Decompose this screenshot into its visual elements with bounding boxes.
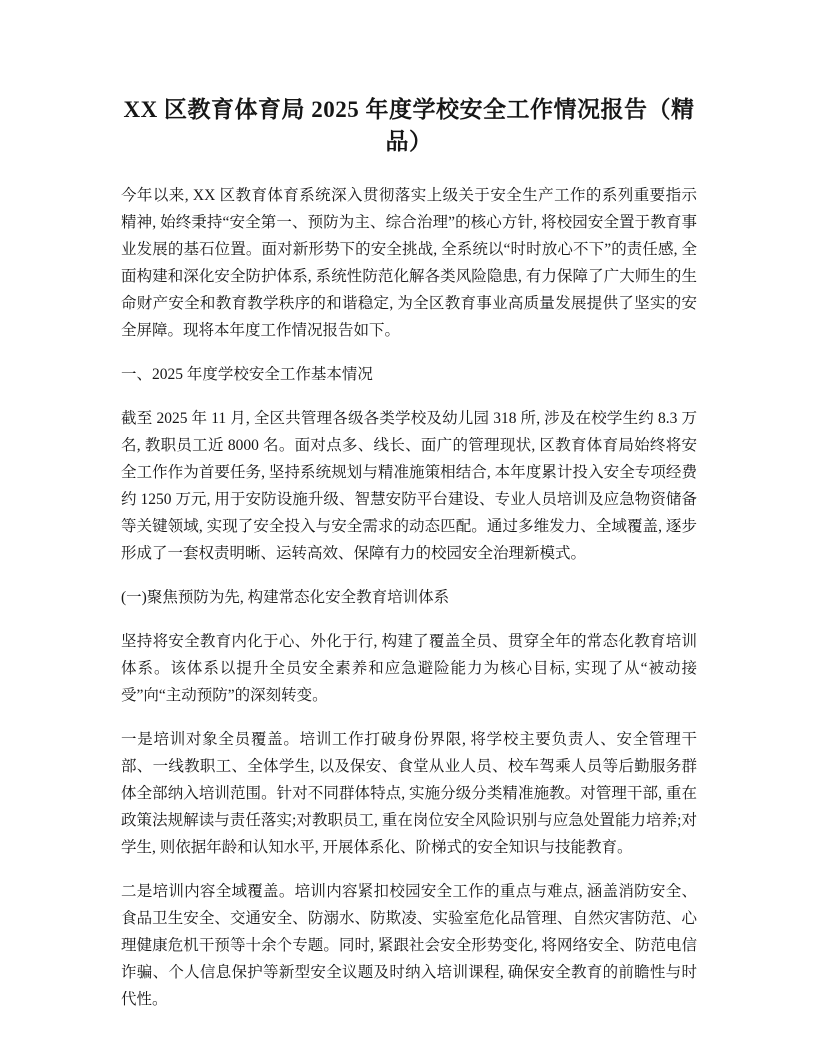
subsection-1-heading: (一)聚焦预防为先, 构建常态化安全教育培训体系 (121, 584, 697, 611)
point-2-paragraph: 二是培训内容全域覆盖。培训内容紧扣校园安全工作的重点与难点, 涵盖消防安全、食品… (121, 878, 697, 1013)
subsection-1-paragraph: 坚持将安全教育内化于心、外化于行, 构建了覆盖全员、贯穿全年的常态化教育培训体系… (121, 628, 697, 709)
document-page: XX 区教育体育局 2025 年度学校安全工作情况报告（精品） 今年以来, XX… (0, 0, 816, 1056)
document-title: XX 区教育体育局 2025 年度学校安全工作情况报告（精品） (121, 94, 697, 158)
intro-paragraph: 今年以来, XX 区教育体育系统深入贯彻落实上级关于安全生产工作的系列重要指示精… (121, 182, 697, 344)
point-1-paragraph: 一是培训对象全员覆盖。培训工作打破身份界限, 将学校主要负责人、安全管理干部、一… (121, 726, 697, 861)
section-1-heading: 一、2025 年度学校安全工作基本情况 (121, 361, 697, 388)
section-1-paragraph: 截至 2025 年 11 月, 全区共管理各级各类学校及幼儿园 318 所, 涉… (121, 405, 697, 567)
